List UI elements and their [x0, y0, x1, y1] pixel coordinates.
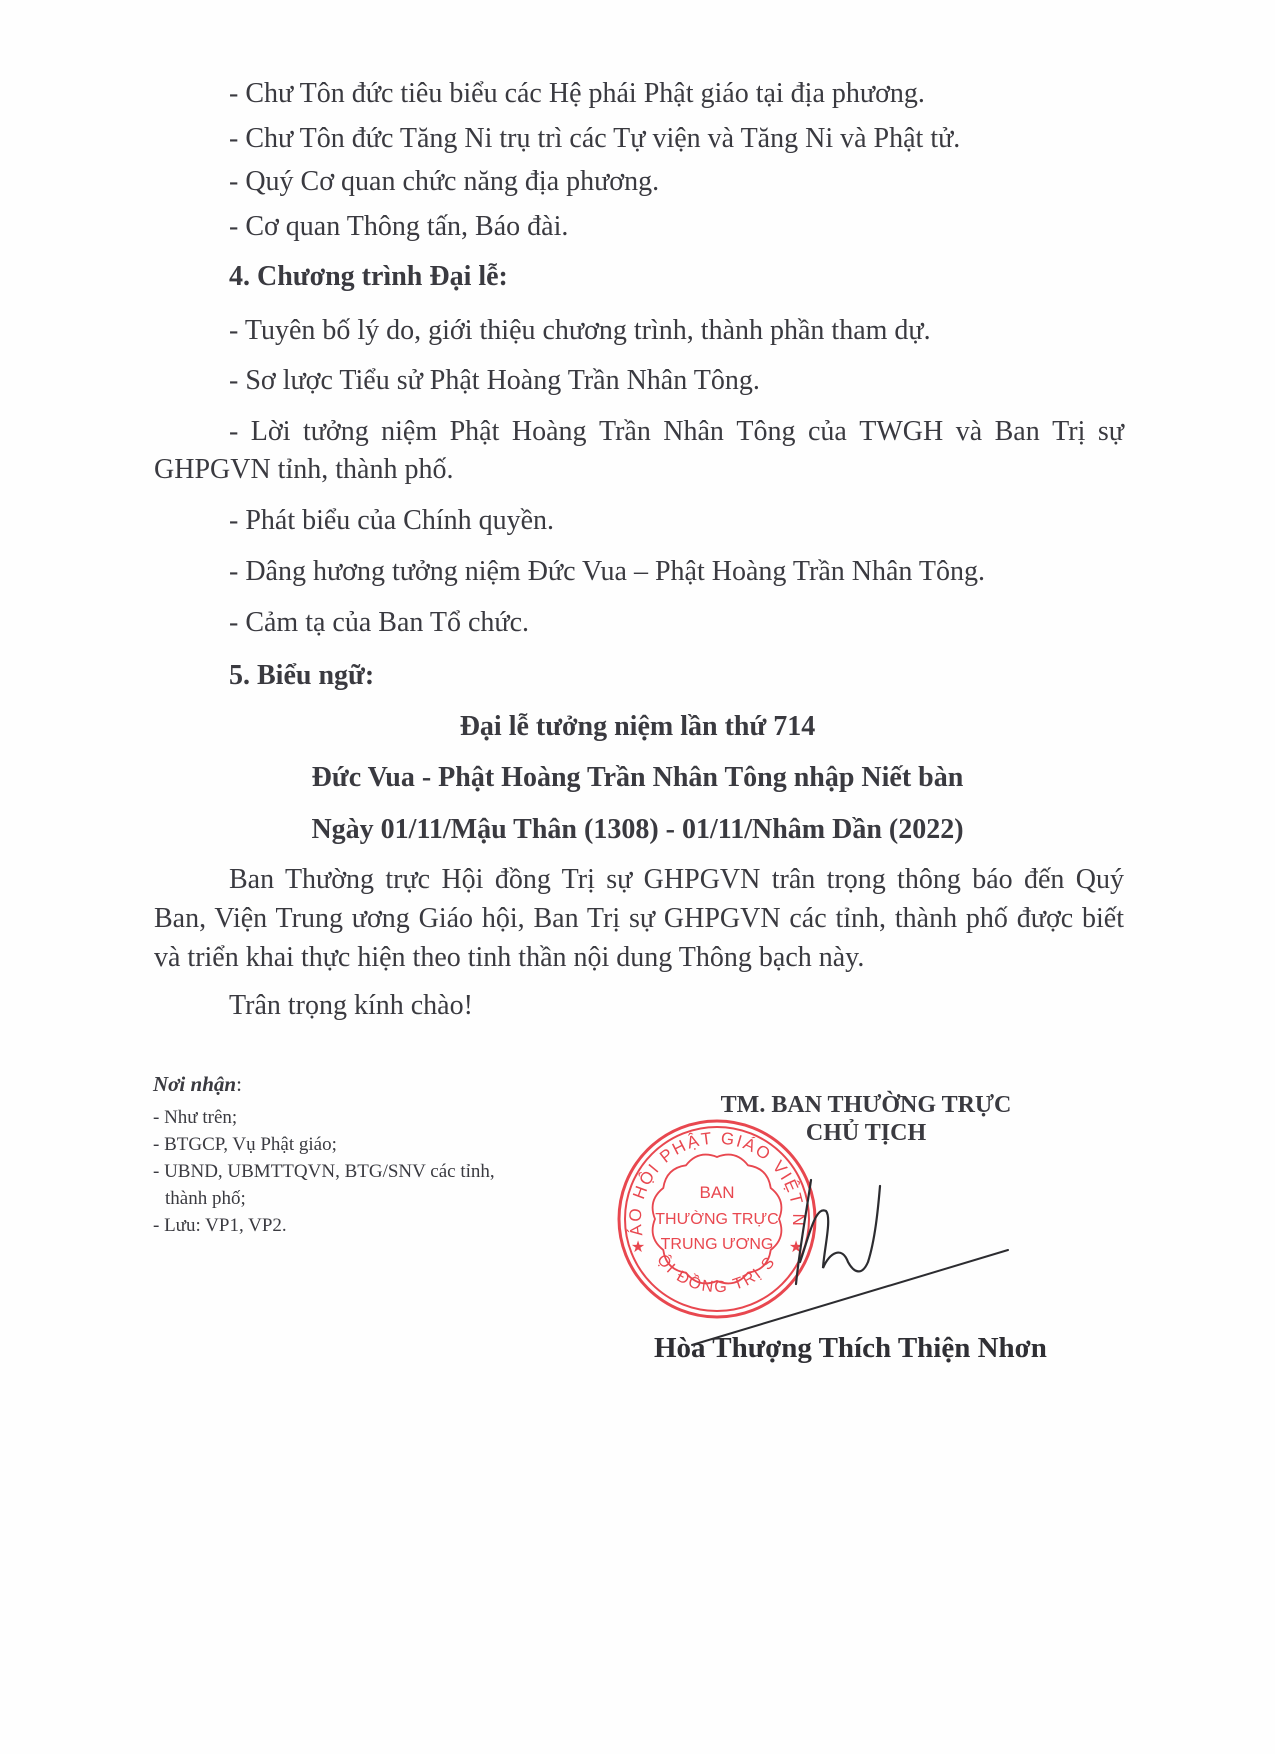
- section-heading-program: 4. Chương trình Đại lễ:: [229, 263, 508, 291]
- star-icon: ★: [789, 1239, 803, 1256]
- program-item: -LờitưởngniệmPhậtHoàngTrầnNhânTôngcủaTWG…: [229, 418, 1124, 446]
- recipient-item-continuation: thành phố;: [165, 1185, 246, 1212]
- program-item-continuation: GHPGVN tỉnh, thành phố.: [154, 456, 453, 484]
- closing-greeting: Trân trọng kính chào!: [229, 992, 473, 1020]
- seal-inner-line: TRUNG ƯƠNG: [661, 1236, 774, 1253]
- official-seal: GIÁO HỘI PHẬT GIÁO VIỆT NAM HỘI ĐỒNG TRỊ…: [612, 1114, 822, 1324]
- program-item: - Cảm tạ của Ban Tổ chức.: [229, 609, 529, 637]
- recipients-heading: Nơi nhận:: [153, 1074, 242, 1095]
- program-item: - Tuyên bố lý do, giới thiệu chương trìn…: [229, 317, 931, 345]
- attendee-item: - Quý Cơ quan chức năng địa phương.: [229, 168, 659, 196]
- closing-paragraph-text: Ban Thường trực Hội đồng Trị sự GHPGVN t…: [154, 864, 1124, 973]
- banner-line: Đại lễ tưởng niệm lần thứ 714: [0, 713, 1275, 741]
- recipient-item: - Lưu: VP1, VP2.: [153, 1212, 287, 1239]
- star-icon: ★: [631, 1239, 645, 1256]
- seal-inner-line: BAN: [700, 1183, 735, 1202]
- seal-inner-line: THƯỜNG TRỰC: [655, 1209, 778, 1228]
- recipients-colon: :: [236, 1072, 242, 1096]
- program-item: - Sơ lược Tiểu sử Phật Hoàng Trần Nhân T…: [229, 367, 760, 395]
- attendee-item: - Chư Tôn đức Tăng Ni trụ trì các Tự việ…: [229, 125, 960, 153]
- recipient-item: - Như trên;: [153, 1104, 237, 1131]
- signer-name: Hòa Thượng Thích Thiện Nhơn: [654, 1334, 1047, 1363]
- recipient-item: - UBND, UBMTTQVN, BTG/SNV các tỉnh,: [153, 1158, 495, 1185]
- banner-line: Ngày 01/11/Mậu Thân (1308) - 01/11/Nhâm …: [0, 816, 1275, 844]
- program-item: - Dâng hương tưởng niệm Đức Vua – Phật H…: [229, 558, 985, 586]
- attendee-item: - Chư Tôn đức tiêu biểu các Hệ phái Phật…: [229, 80, 925, 108]
- recipients-title: Nơi nhận: [153, 1072, 236, 1096]
- recipient-item: - BTGCP, Vụ Phật giáo;: [153, 1131, 337, 1158]
- closing-paragraph: Ban Thường trực Hội đồng Trị sự GHPGVN t…: [154, 860, 1124, 977]
- attendee-item: - Cơ quan Thông tấn, Báo đài.: [229, 213, 568, 241]
- banner-line: Đức Vua - Phật Hoàng Trần Nhân Tông nhập…: [0, 764, 1275, 792]
- program-item: - Phát biểu của Chính quyền.: [229, 507, 554, 535]
- document-page: - Chư Tôn đức tiêu biểu các Hệ phái Phật…: [0, 0, 1275, 1754]
- section-heading-banner: 5. Biểu ngữ:: [229, 662, 374, 690]
